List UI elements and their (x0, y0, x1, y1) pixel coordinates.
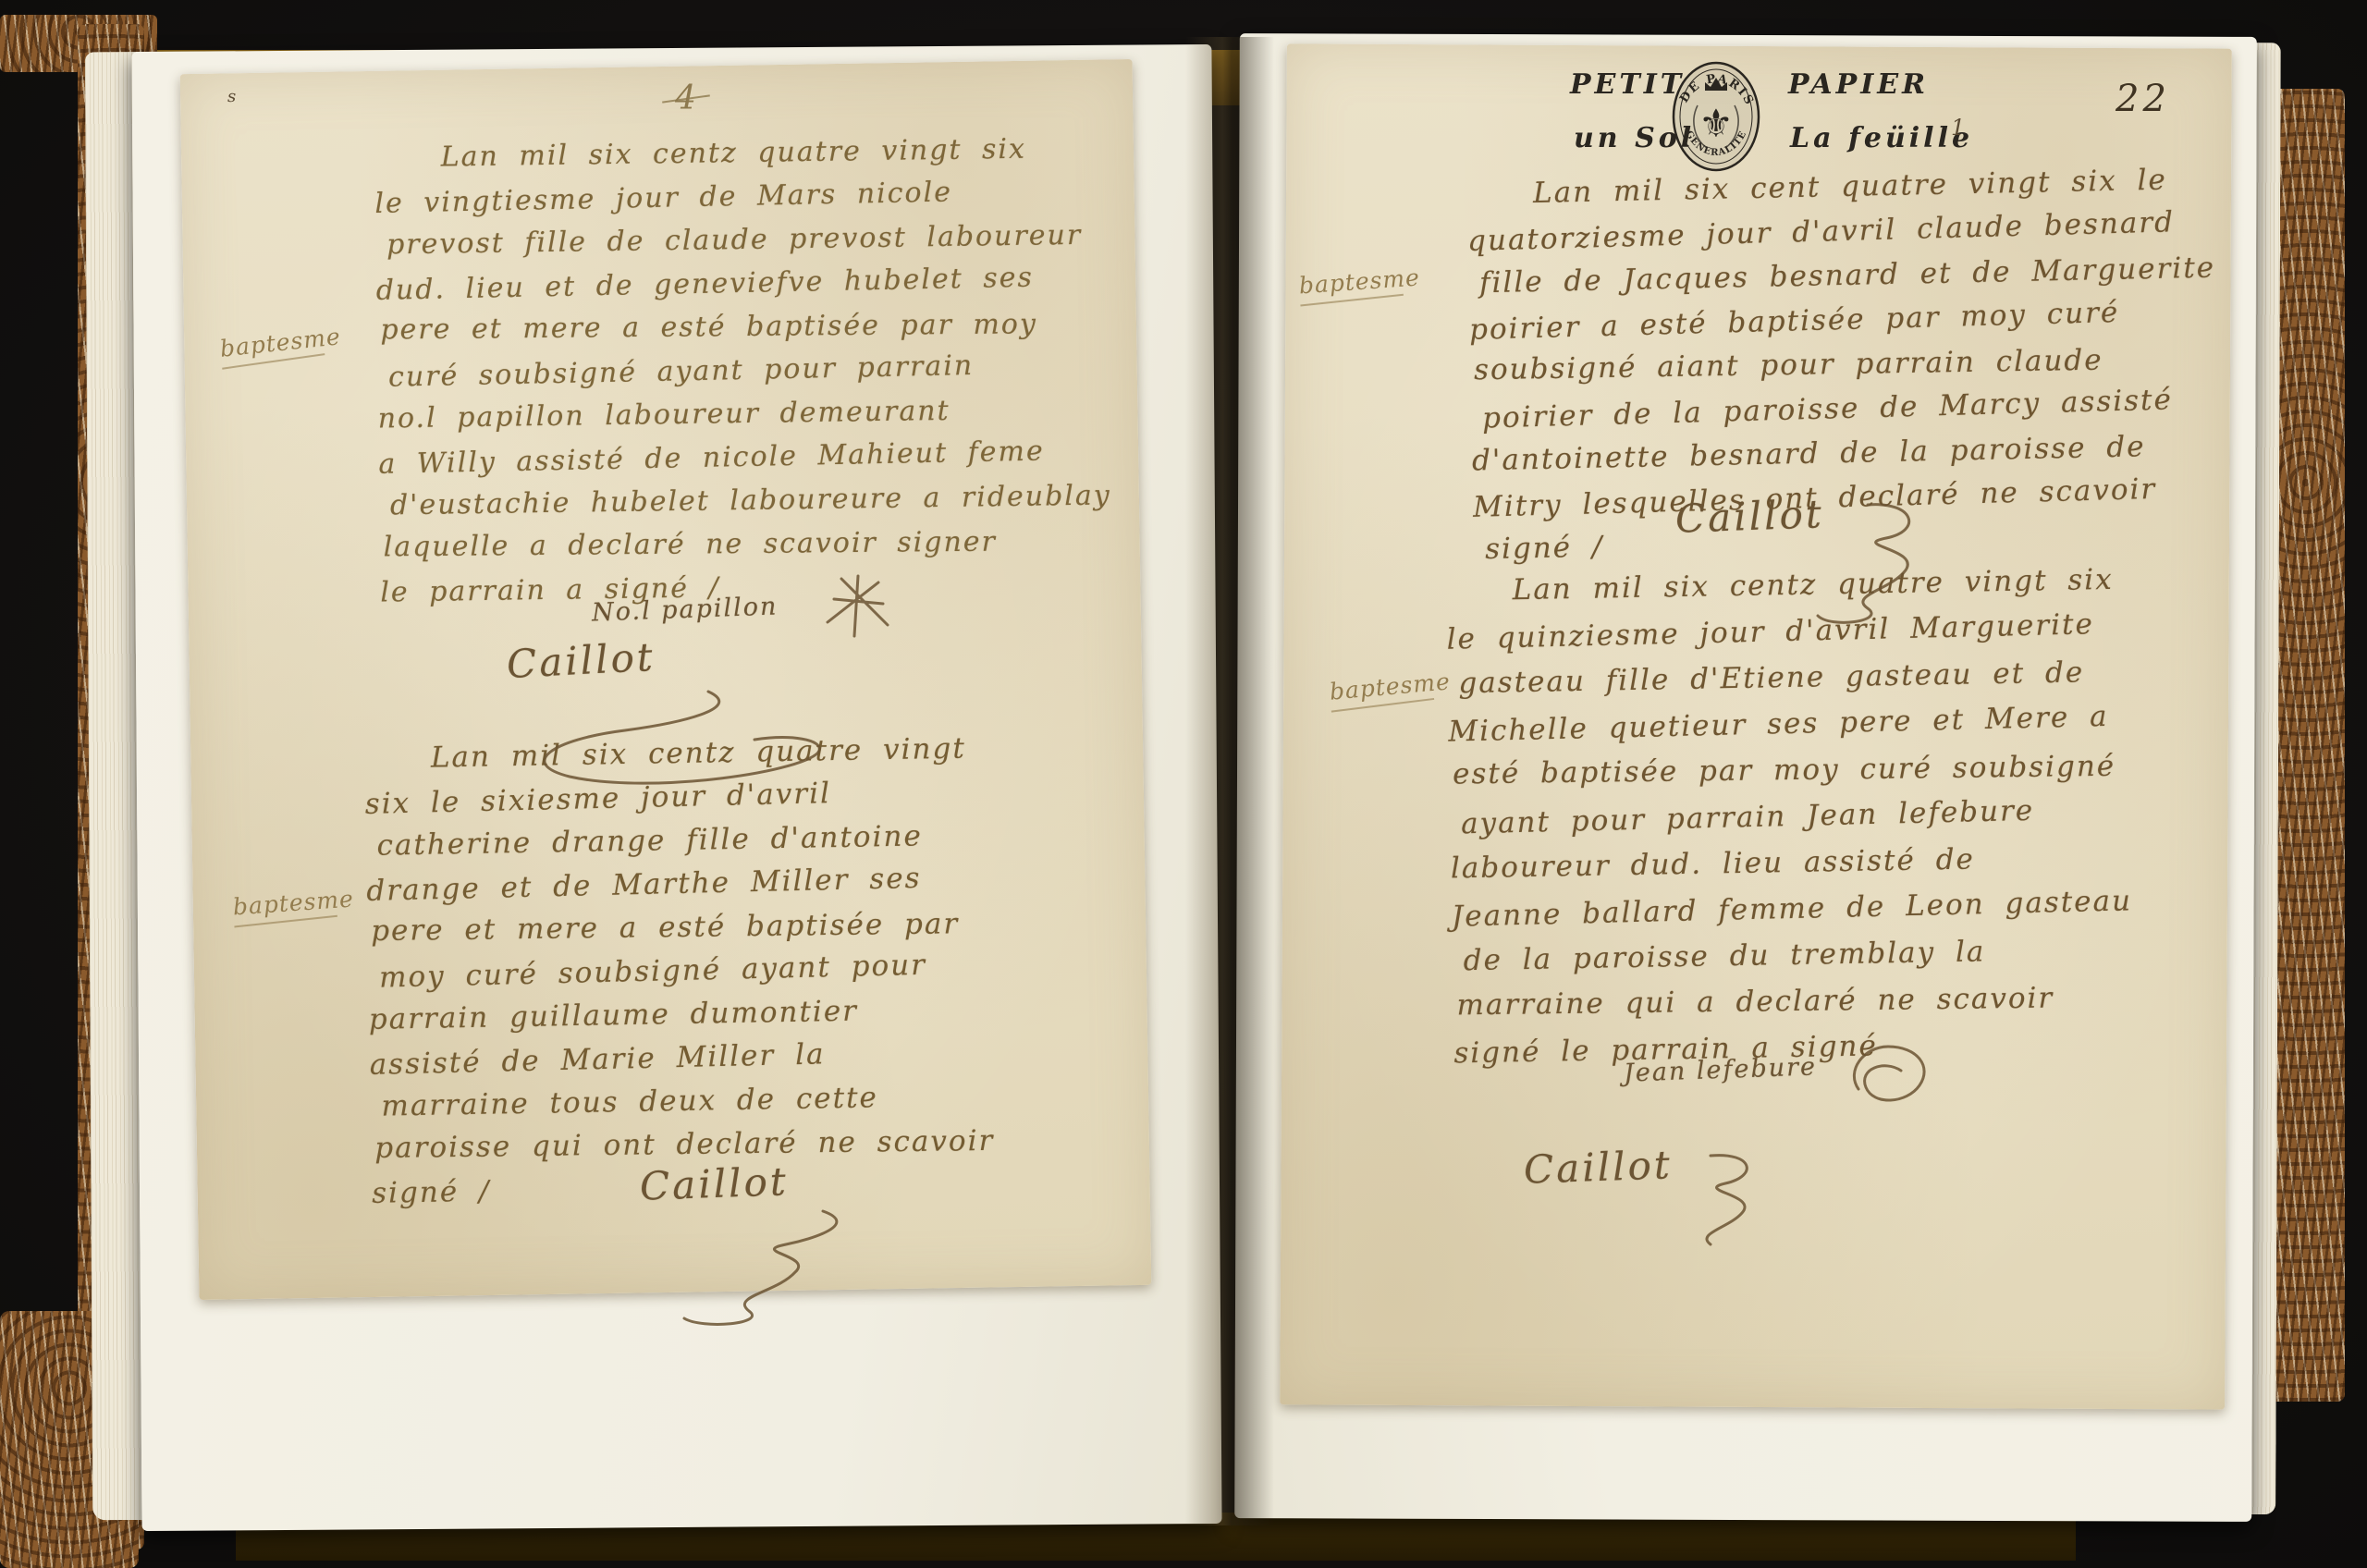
photo-background: s 4 22 PETIT un Sol PAPIER La feüille 1 … (0, 0, 2367, 1568)
generalite-seal-icon: DE PARIS GENERALITE ⚜ (1670, 59, 1762, 176)
priest-signature: Caillot (1674, 491, 1824, 542)
baptism-entry: Lan mil six centz quatre vingt six le vi… (374, 126, 1112, 614)
ink-speck: s (227, 87, 236, 106)
baptism-entry: Lan mil six centz quatre vingt six le qu… (1445, 557, 2135, 1077)
stamp-word-petit: PETIT (1570, 68, 1685, 101)
signature-flourish (647, 1207, 906, 1346)
priest-signature: Caillot (506, 634, 656, 687)
stamp-word-la-feuille: La feüille (1790, 122, 1973, 154)
signature-paraph (1840, 1034, 1942, 1117)
folio-mark: 4 (675, 80, 696, 117)
manuscript-line: laquelle a declaré ne scavoir signer (379, 520, 1111, 570)
tax-stamp: PETIT un Sol PAPIER La feüille 1 DE PARI… (1570, 65, 2069, 176)
signature-flourish (1812, 499, 1960, 638)
signature-flourish (514, 686, 828, 806)
stamp-word-papier: PAPIER (1788, 68, 1929, 101)
fleur-de-lis-icon: ⚜ (1699, 101, 1734, 146)
manuscript-line: marraine qui a declaré ne scavoir (1453, 974, 2134, 1028)
priest-signature: Caillot (1523, 1142, 1673, 1193)
signature-flourish (1674, 1150, 1775, 1252)
stamp-fee-mark: 1 (1951, 115, 1965, 141)
priest-signature: Caillot (639, 1158, 789, 1209)
page-number: 22 (2116, 78, 2170, 120)
signature-paraph (814, 571, 897, 645)
